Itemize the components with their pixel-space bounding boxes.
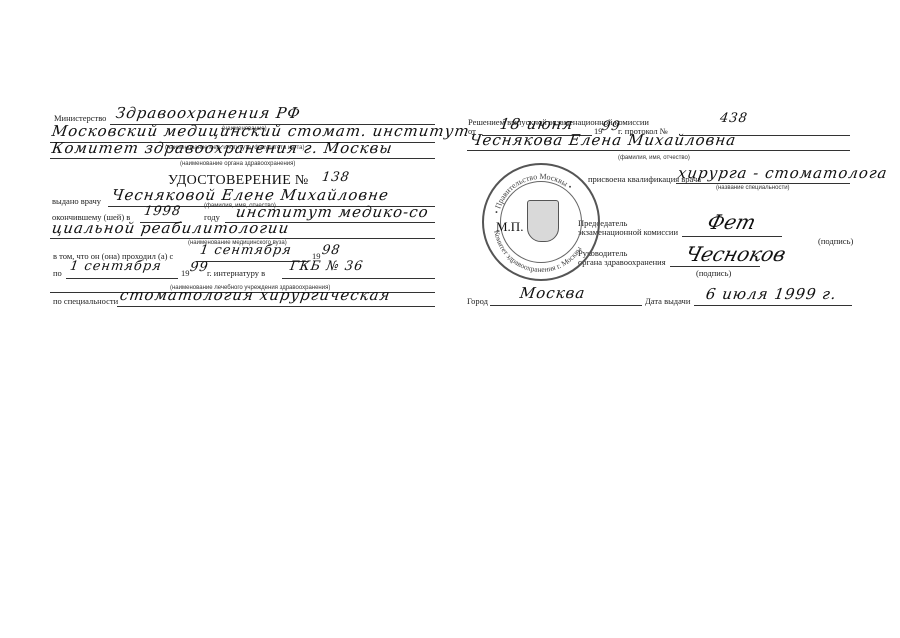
organ-line — [50, 158, 435, 159]
organ-value: Комитет здравоохранения г. Москвы — [51, 139, 394, 157]
head-signature-caption: (подпись) — [696, 268, 731, 278]
city-label: Город — [467, 296, 488, 306]
issue-date-label: Дата выдачи — [645, 296, 690, 306]
issue-date-value: 6 июля 1999 г. — [705, 285, 838, 303]
internship-line — [282, 278, 435, 279]
chairman-signature: Фет — [705, 210, 759, 234]
from-year: 98 — [321, 243, 342, 258]
specialty-line — [117, 306, 435, 307]
caption-organ: (наименование органа здравоохранения) — [180, 161, 295, 167]
institute-value: Московский медицинский стомат. институт — [51, 122, 471, 140]
specialty-value: стоматология хирургическая — [119, 286, 392, 304]
internship-value: ГКБ № 36 — [289, 259, 364, 274]
city-value: Москва — [519, 284, 587, 302]
issued-value: Чесняковой Елене Михайловне — [111, 186, 390, 204]
head-signature-line — [670, 266, 760, 267]
university-value-2: циальной реабилитологии — [51, 219, 291, 237]
ministry-value: Здравоохранения РФ — [115, 104, 302, 122]
specialty-label: по специальности — [53, 296, 118, 306]
from-value: 1 сентября — [199, 243, 293, 258]
official-stamp: • Правительство Москвы • Комитет здравоо… — [482, 163, 600, 281]
to-value: 1 сентября — [69, 259, 163, 274]
chairman-signature-line — [682, 236, 782, 237]
caption-specialty: (название специальности) — [716, 185, 790, 191]
issued-label: выдано врачу — [52, 196, 101, 206]
qualification-value: хирурга - стоматолога — [677, 164, 889, 182]
certificate-number: 138 — [321, 170, 351, 185]
caption-fio-right: (фамилия, имя, отчество) — [618, 155, 690, 161]
university-line-2 — [50, 238, 435, 239]
seal-mark: М.П. — [496, 219, 523, 235]
internship-label: г. интернатуру в — [207, 268, 265, 278]
to-line — [66, 278, 178, 279]
fio-line — [467, 150, 850, 151]
graduated-year: 1998 — [143, 204, 182, 219]
protocol-value: 438 — [719, 111, 749, 126]
qualification-line — [676, 183, 850, 184]
chairman-signature-caption: (подпись) — [818, 236, 853, 246]
head-signature: Чесноков — [683, 242, 789, 266]
to-label: по — [53, 268, 62, 278]
city-line — [490, 305, 642, 306]
issue-date-line — [694, 305, 852, 306]
fio-value: Чеснякова Елена Михайловна — [469, 131, 738, 149]
moscow-coat-of-arms-icon — [527, 200, 559, 242]
